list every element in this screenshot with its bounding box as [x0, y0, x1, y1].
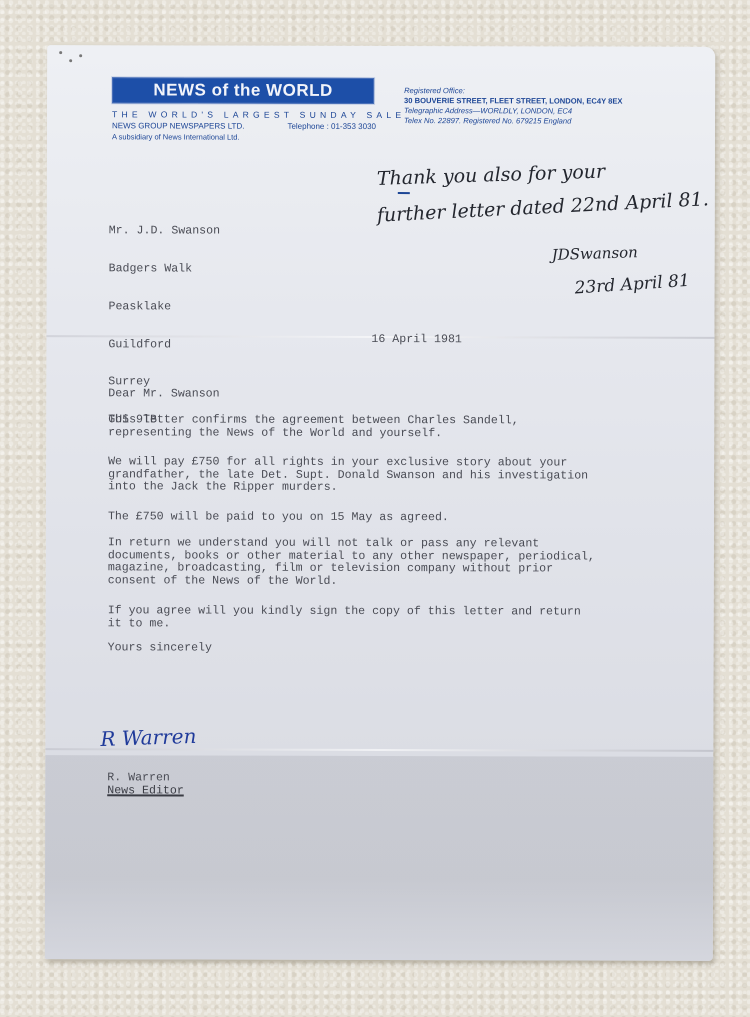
- swanson-signature: JDSwanson: [551, 243, 638, 264]
- paper-mark: [59, 51, 62, 54]
- telegraphic-address: Telegraphic Address—WORLDLY, LONDON, EC4: [404, 106, 622, 117]
- paper-mark: [69, 59, 72, 62]
- signer-name: R. Warren: [107, 772, 170, 785]
- registered-address: 30 BOUVERIE STREET, FLEET STREET, LONDON…: [404, 96, 622, 107]
- body-paragraph: In return we understand you will not tal…: [108, 537, 595, 589]
- letter-paper: NEWS of the WORLD THE WORLD'S LARGEST SU…: [45, 45, 715, 961]
- subsidiary-note: A subsidiary of News International Ltd.: [112, 132, 405, 142]
- warren-signature: R Warren: [100, 724, 197, 751]
- address-line: Mr. J.D. Swanson: [109, 225, 220, 238]
- closing: Yours sincerely: [108, 642, 212, 655]
- signer-title: News Editor: [107, 785, 184, 798]
- address-line: Guildford: [108, 339, 219, 352]
- tagline: THE WORLD'S LARGEST SUNDAY SALE: [112, 109, 405, 120]
- telephone: Telephone : 01-353 3030: [287, 122, 376, 131]
- letterhead: NEWS of the WORLD THE WORLD'S LARGEST SU…: [112, 77, 405, 142]
- body-paragraph: This letter confirms the agreement betwe…: [108, 414, 519, 440]
- handwritten-date: 23rd April 81: [574, 271, 690, 299]
- company-line: NEWS GROUP NEWSPAPERS LTD. Telephone : 0…: [112, 121, 376, 131]
- telex-registered-number: Telex No. 22897. Registered No. 679215 E…: [404, 116, 622, 127]
- company-name: NEWS GROUP NEWSPAPERS LTD.: [112, 121, 244, 130]
- letterhead-dash: [398, 192, 410, 194]
- address-line: Badgers Walk: [109, 263, 220, 276]
- handwritten-note-line-2: further letter dated 22nd April 81.: [376, 188, 709, 226]
- letter-date: 16 April 1981: [371, 334, 461, 347]
- salutation: Dear Mr. Swanson: [108, 388, 219, 401]
- body-paragraph: We will pay £750 for all rights in your …: [108, 456, 588, 495]
- paper-mark: [79, 54, 82, 57]
- registered-office-label: Registered Office:: [404, 86, 622, 97]
- body-paragraph: The £750 will be paid to you on 15 May a…: [108, 511, 449, 524]
- address-line: Peasklake: [108, 301, 219, 314]
- registered-office: Registered Office: 30 BOUVERIE STREET, F…: [404, 86, 623, 127]
- newspaper-logo: NEWS of the WORLD: [112, 77, 374, 104]
- body-paragraph: If you agree will you kindly sign the co…: [108, 605, 581, 631]
- handwritten-note-line-1: Thank you also for your: [377, 161, 606, 190]
